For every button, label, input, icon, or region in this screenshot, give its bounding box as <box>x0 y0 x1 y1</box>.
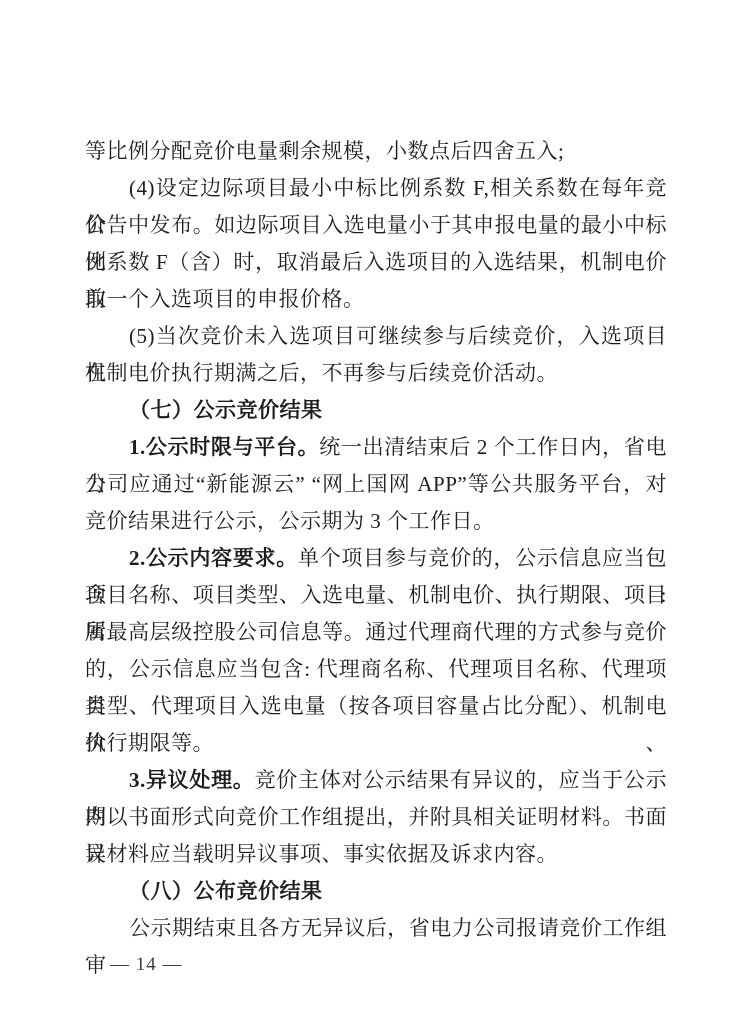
clause-1-title: 1.公示时限与平台。 <box>129 435 319 459</box>
text-line: 1.公示时限与平台。统一出清结束后 2 个工作日内，省电力 <box>85 429 667 466</box>
text-line: 议材料应当载明异议事项、事实依据及诉求内容。 <box>85 836 667 873</box>
heading-section-7: （七）公示竞价结果 <box>85 392 667 429</box>
text-line: 例系数 F（含）时，取消最后入选项目的入选结果，机制电价取 <box>85 244 667 281</box>
text-line: 内以书面形式向竞价工作组提出，并附具相关证明材料。书面异 <box>85 799 667 836</box>
text-line: (5)当次竞价未入选项目可继续参与后续竞价，入选项目在 <box>85 318 667 355</box>
clause-2-title: 2.公示内容要求。 <box>129 546 298 570</box>
document-page: 等比例分配竞价电量剩余规模，小数点后四舍五入; (4)设定边际项目最小中标比例系… <box>0 0 748 1023</box>
text-line: 的，公示信息应当包含: 代理商名称、代理项目名称、代理项目 <box>85 651 667 688</box>
text-line: 3.异议处理。竞价主体对公示结果有异议的，应当于公示期 <box>85 762 667 799</box>
text-line: 项目名称、项目类型、入选电量、机制电价、执行期限、项目所 <box>85 577 667 614</box>
heading-section-8: （八）公布竞价结果 <box>85 873 667 910</box>
text-line: 公告中发布。如边际项目入选电量小于其申报电量的最小中标比 <box>85 207 667 244</box>
text-line: 类型、代理项目入选电量（按各项目容量占比分配）、机制电价、 <box>85 688 667 725</box>
text-line: (4)设定边际项目最小中标比例系数 F,相关系数在每年竞价 <box>85 170 667 207</box>
text-line: 竞价结果进行公示，公示期为 3 个工作日。 <box>85 503 667 540</box>
text-line: 2.公示内容要求。单个项目参与竞价的，公示信息应当包含: <box>85 540 667 577</box>
text-line: 公司应通过“新能源云” “网上国网 APP”等公共服务平台，对 <box>85 466 667 503</box>
text-line: 公示期结束且各方无异议后，省电力公司报请竞价工作组审 <box>85 910 667 947</box>
text-line: 前一个入选项目的申报价格。 <box>85 281 667 318</box>
text-line: 机制电价执行期满之后，不再参与后续竞价活动。 <box>85 355 667 392</box>
text-line: 属最高层级控股公司信息等。通过代理商代理的方式参与竞价 <box>85 614 667 651</box>
page-body-text: 等比例分配竞价电量剩余规模，小数点后四舍五入; (4)设定边际项目最小中标比例系… <box>85 133 667 947</box>
page-number: — 14 — <box>110 954 183 976</box>
text-line: 等比例分配竞价电量剩余规模，小数点后四舍五入; <box>85 133 667 170</box>
clause-3-title: 3.异议处理。 <box>129 768 255 792</box>
